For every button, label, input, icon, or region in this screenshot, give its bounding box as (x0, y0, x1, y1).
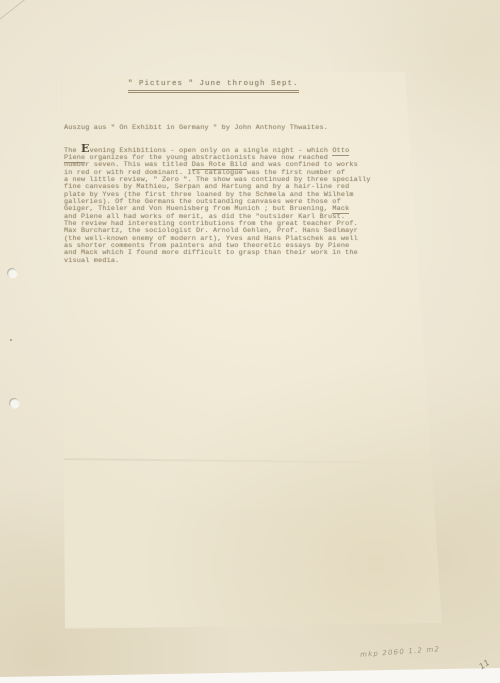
punch-hole (7, 268, 17, 278)
pencil-annotation: mkp 2060 1.2 m2 (360, 645, 441, 659)
page-title: " Pictures " June through Sept. (84, 72, 380, 101)
byline: Auszug aus " On Exhibit in Germany " by … (64, 124, 380, 132)
page-crease (64, 458, 434, 464)
title-double-underline: " Pictures " June through Sept. (128, 80, 299, 93)
typed-text-block: " Pictures " June through Sept. Auszug a… (64, 72, 380, 265)
typed-paragraph: The Evening Exhibitions - open only on a… (64, 145, 380, 266)
paper-speck (10, 339, 12, 341)
typed-line: visual media. (64, 258, 380, 265)
underlined-text: Otto (332, 147, 349, 156)
backing-sheet: " Pictures " June through Sept. Auszug a… (0, 0, 500, 683)
corner-crease (0, 0, 40, 25)
punch-hole (9, 398, 19, 408)
inked-initial: E (81, 142, 90, 155)
typed-text: visual media. (64, 257, 119, 265)
scanned-document: " Pictures " June through Sept. Auszug a… (0, 0, 500, 683)
